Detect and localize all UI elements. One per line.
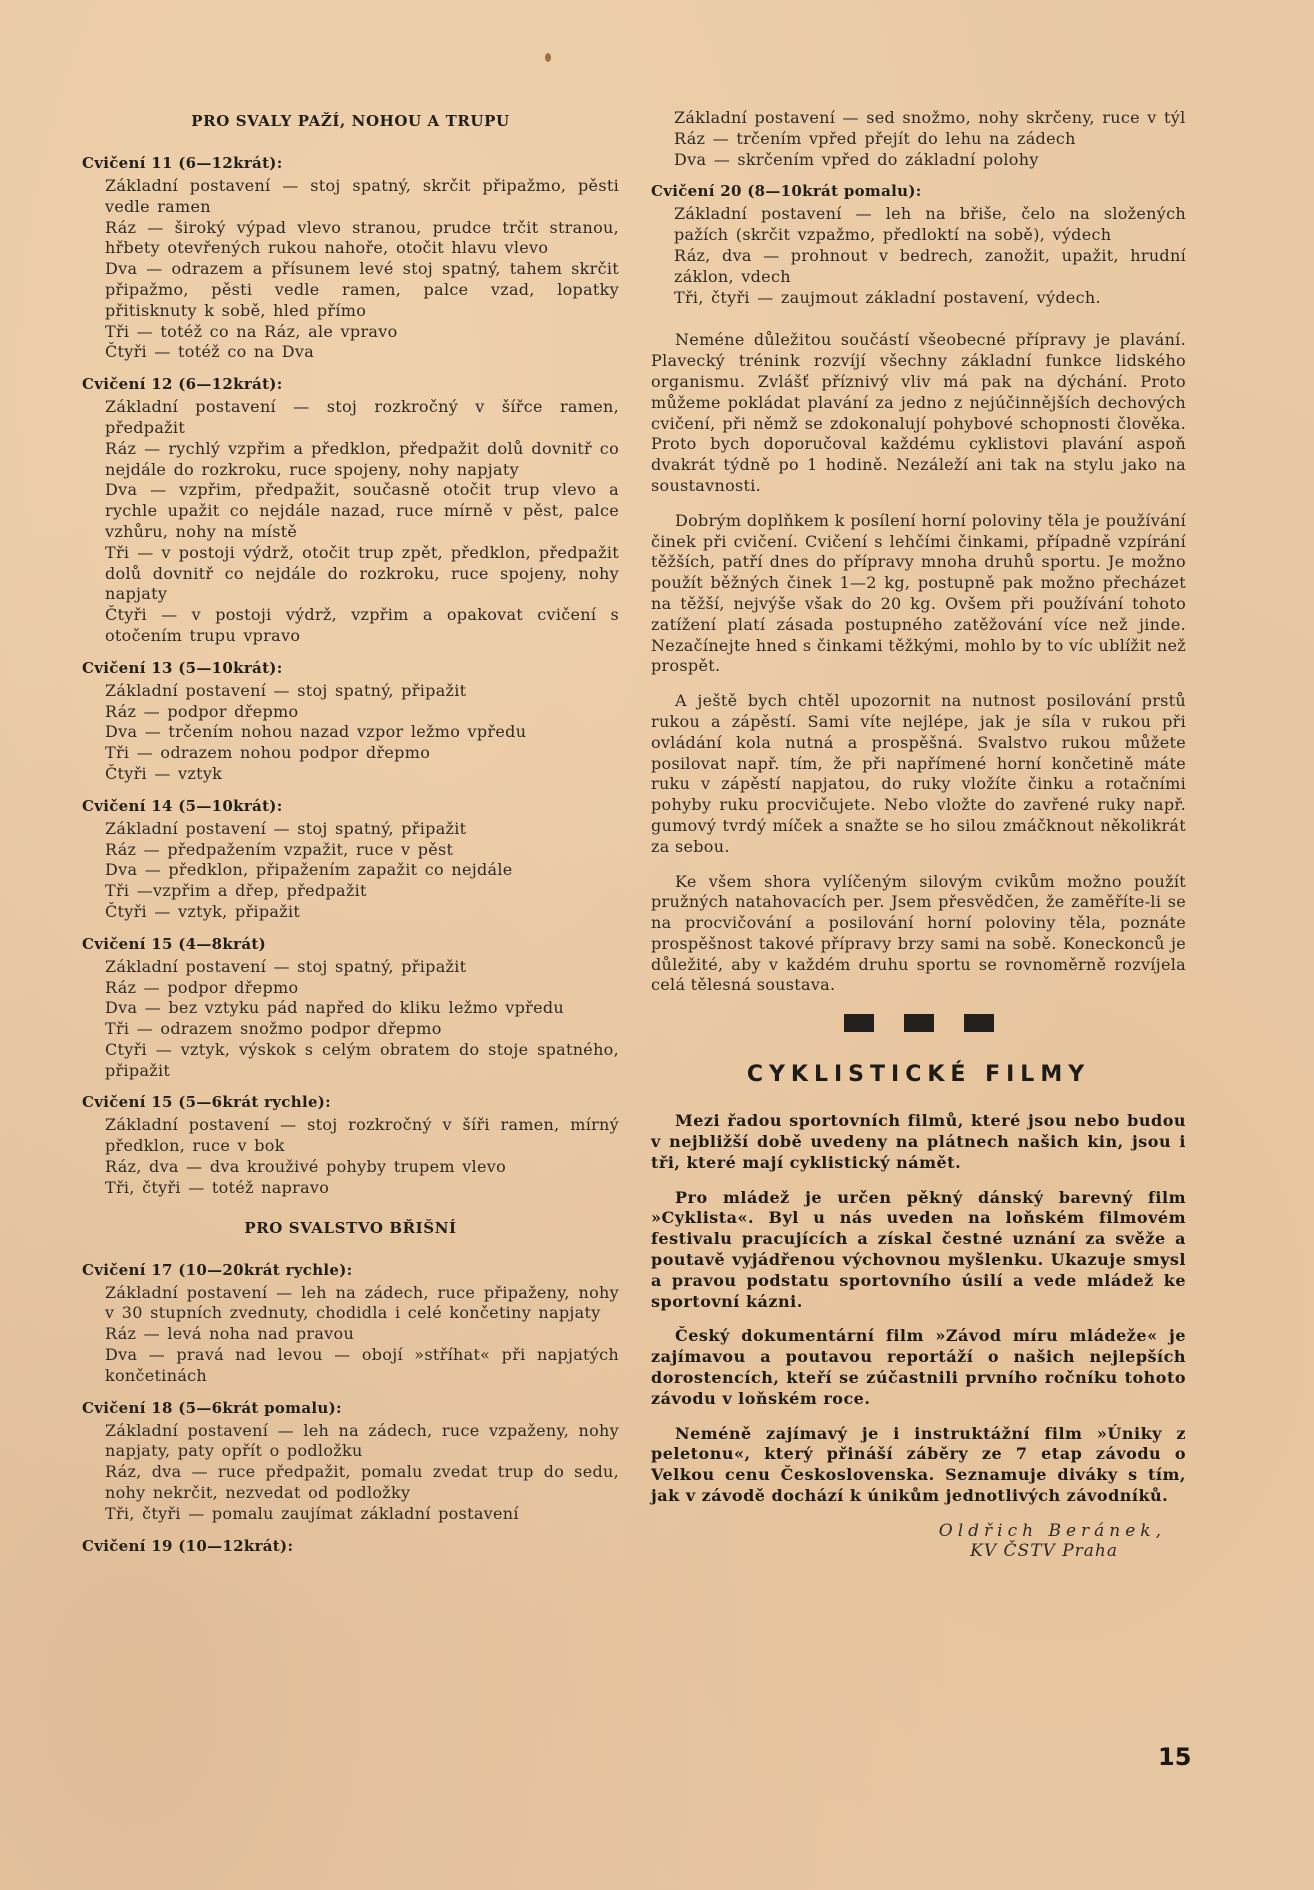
exercise-heading: Cvičení 13 (5—10krát): xyxy=(82,659,619,677)
exercise-step: Ráz — trčením vpřed přejít do lehu na zá… xyxy=(674,129,1186,150)
exercise-step: Základní postavení — stoj spatný, připaž… xyxy=(105,681,619,702)
exercise-step: Ráz, dva — dva krouživé pohyby trupem vl… xyxy=(105,1157,619,1178)
section-divider-ornament xyxy=(651,1014,1186,1032)
paragraph: A ještě bych chtěl upozornit na nutnost … xyxy=(651,691,1186,857)
exercise-step: Základní postavení — leh na břiše, čelo … xyxy=(674,204,1186,246)
exercise-step: Základní postavení — sed snožmo, nohy sk… xyxy=(674,108,1186,129)
exercise-step: Ráz — podpor dřepmo xyxy=(105,702,619,723)
exercise-heading-19: Cvičení 19 (10—12krát): xyxy=(82,1537,619,1555)
exercise-heading: Cvičení 11 (6—12krát): xyxy=(82,154,619,172)
article-title-cycling-films: CYKLISTICKÉ FILMY xyxy=(651,1062,1186,1087)
exercise-step: Ráz — předpažením vzpažit, ruce v pěst xyxy=(105,840,619,861)
exercise-body: Základní postavení — stoj spatný, připaž… xyxy=(82,819,619,923)
exercise-body: Základní postavení — stoj spatný, připaž… xyxy=(82,957,619,1082)
exercise-list-arms-legs: Cvičení 11 (6—12krát):Základní postavení… xyxy=(82,154,619,1199)
exercise-list-abdominal: Cvičení 17 (10—20krát rychle):Základní p… xyxy=(82,1261,619,1525)
paragraph: Mezi řadou sportovních filmů, které jsou… xyxy=(651,1111,1186,1173)
divider-block-icon xyxy=(844,1014,874,1032)
exercise-body: Základní postavení — leh na zádech, ruce… xyxy=(82,1283,619,1387)
exercise-step: Základní postavení — stoj rozkročný v ší… xyxy=(105,1115,619,1157)
paragraph: Pro mládež je určen pěkný dánský barevný… xyxy=(651,1188,1186,1313)
exercise-step: Dva — předklon, připažením zapažit co ne… xyxy=(105,860,619,881)
exercise-step: Základní postavení — stoj spatný, připaž… xyxy=(105,819,619,840)
exercise-19-body: Základní postavení — sed snožmo, nohy sk… xyxy=(651,108,1186,170)
divider-block-icon xyxy=(904,1014,934,1032)
exercise-step: Tři, čtyři — zaujmout základní postavení… xyxy=(674,288,1186,309)
exercise-step: Tři — odrazem snožmo podpor dřepmo xyxy=(105,1019,619,1040)
exercise-heading: Cvičení 15 (4—8krát) xyxy=(82,935,619,953)
exercise-step: Dva — trčením nohou nazad vzpor ležmo vp… xyxy=(105,722,619,743)
article-body: Neméne důležitou součástí všeobecné příp… xyxy=(651,330,1186,996)
author-name: Oldřich Beránek, xyxy=(651,1521,1186,1541)
exercise-step: Ráz — levá noha nad pravou xyxy=(105,1324,619,1345)
exercise-step: Tři, čtyři — pomalu zaujímat základní po… xyxy=(105,1504,619,1525)
exercise-body: Základní postavení — stoj spatný, připaž… xyxy=(82,681,619,785)
left-column: PRO SVALY PAŽÍ, NOHOU A TRUPU Cvičení 11… xyxy=(82,108,619,1559)
cycling-films-body: Mezi řadou sportovních filmů, které jsou… xyxy=(651,1111,1186,1507)
exercise-step: Čtyři — vztyk xyxy=(105,764,619,785)
exercise-step: Tři — v postoji výdrž, otočit trup zpět,… xyxy=(105,543,619,605)
exercise-step: Čtyři — vztyk, připažit xyxy=(105,902,619,923)
exercise-body: Základní postavení — leh na zádech, ruce… xyxy=(82,1421,619,1525)
exercise-step: Čtyři — totéž co na Dva xyxy=(105,342,619,363)
exercise-step: Základní postavení — leh na zádech, ruce… xyxy=(105,1421,619,1463)
exercise-heading: Cvičení 15 (5—6krát rychle): xyxy=(82,1093,619,1111)
exercise-body: Základní postavení — stoj rozkročný v ší… xyxy=(82,397,619,647)
exercise-step: Dva — vzpřim, předpažit, současně otočit… xyxy=(105,480,619,542)
paragraph: Dobrým doplňkem k posílení horní polovin… xyxy=(651,511,1186,677)
exercise-step: Základní postavení — stoj spatný, připaž… xyxy=(105,957,619,978)
exercise-heading: Cvičení 18 (5—6krát pomalu): xyxy=(82,1399,619,1417)
exercise-step: Ráz, dva — prohnout v bedrech, zanožit, … xyxy=(674,246,1186,288)
exercise-step: Čtyři — v postoji výdrž, vzpřim a opakov… xyxy=(105,605,619,647)
exercise-step: Tři — odrazem nohou podpor dřepmo xyxy=(105,743,619,764)
exercise-step: Dva — odrazem a přísunem levé stoj spatn… xyxy=(105,259,619,321)
exercise-step: Ráz — rychlý vzpřim a předklon, předpaži… xyxy=(105,439,619,481)
paragraph: Neméne důležitou součástí všeobecné příp… xyxy=(651,330,1186,496)
exercise-step: Dva — skrčením vpřed do základní polohy xyxy=(674,150,1186,171)
exercise-body: Základní postavení — stoj spatný, skrčit… xyxy=(82,176,619,363)
exercise-20-body: Základní postavení — leh na břiše, čelo … xyxy=(651,204,1186,308)
paragraph: Ke všem shora vylíčeným silovým cvikům m… xyxy=(651,872,1186,997)
divider-block-icon xyxy=(964,1014,994,1032)
exercise-step: Dva — bez vztyku pád napřed do kliku lež… xyxy=(105,998,619,1019)
exercise-step: Základní postavení — leh na zádech, ruce… xyxy=(105,1283,619,1325)
exercise-step: Tři — totéž co na Ráz, ale vpravo xyxy=(105,322,619,343)
exercise-step: Dva — pravá nad levou — obojí »stříhat« … xyxy=(105,1345,619,1387)
exercise-heading-20: Cvičení 20 (8—10krát pomalu): xyxy=(651,182,1186,200)
exercise-step: Základní postavení — stoj spatný, skrčit… xyxy=(105,176,619,218)
exercise-body: Základní postavení — stoj rozkročný v ší… xyxy=(82,1115,619,1198)
exercise-step: Ráz — podpor dřepmo xyxy=(105,978,619,999)
exercise-step: Tři, čtyři — totéž napravo xyxy=(105,1178,619,1199)
exercise-heading: Cvičení 14 (5—10krát): xyxy=(82,797,619,815)
exercise-heading: Cvičení 17 (10—20krát rychle): xyxy=(82,1261,619,1279)
section-title-arms-legs-trunk: PRO SVALY PAŽÍ, NOHOU A TRUPU xyxy=(82,112,619,130)
exercise-heading: Cvičení 12 (6—12krát): xyxy=(82,375,619,393)
exercise-step: Ráz, dva — ruce předpažit, pomalu zvedat… xyxy=(105,1462,619,1504)
exercise-step: Ráz — široký výpad vlevo stranou, prudce… xyxy=(105,218,619,260)
exercise-step: Tři —vzpřim a dřep, předpažit xyxy=(105,881,619,902)
section-title-abdominal: PRO SVALSTVO BŘIŠNÍ xyxy=(82,1219,619,1237)
author-affiliation: KV ČSTV Praha xyxy=(651,1541,1186,1561)
right-column: Základní postavení — sed snožmo, nohy sk… xyxy=(651,108,1186,1561)
exercise-step: Ctyři — vztyk, výskok s celým obratem do… xyxy=(105,1040,619,1082)
exercise-step: Základní postavení — stoj rozkročný v ší… xyxy=(105,397,619,439)
paragraph: Český dokumentární film »Závod míru mlád… xyxy=(651,1326,1186,1409)
page-number: 15 xyxy=(1158,1743,1191,1771)
paper-stain xyxy=(545,53,551,62)
paragraph: Neméně zajímavý je i instruktážní film »… xyxy=(651,1424,1186,1507)
